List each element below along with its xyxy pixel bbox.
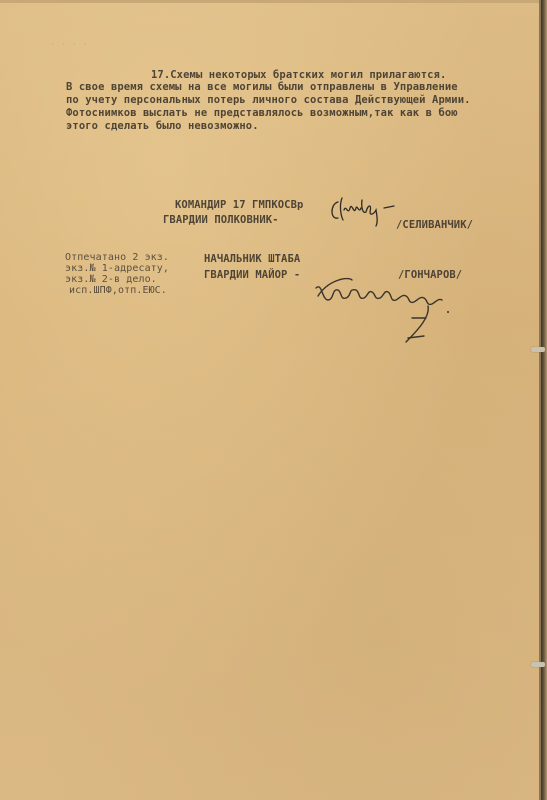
paragraph-line: В свое время схемы на все могилы были от… <box>66 82 458 93</box>
distribution-line: экз.№ 1-адресату, <box>65 264 169 275</box>
commander-title: КОМАНДИР 17 ГМПКОСВр <box>175 200 303 211</box>
commander-name: /СЕЛИВАНЧИК/ <box>396 220 473 231</box>
binding-edge <box>541 0 547 800</box>
commander-rank: ГВАРДИИ ПОЛКОВНИК- <box>163 215 279 226</box>
distribution-line: экз.№ 2-в дело. <box>65 275 157 286</box>
distribution-line: исп.ШПФ,отп.ЕЮС. <box>69 286 167 297</box>
chief-of-staff-title: НАЧАЛЬНИК ШТАБА <box>204 254 300 265</box>
signature-scribble-icon <box>326 190 406 230</box>
document-page: · · · · 17.Схемы некоторых братских моги… <box>0 0 547 800</box>
commander-handwritten-signature <box>326 190 406 230</box>
chief-of-staff-rank: ГВАРДИИ МАЙОР - <box>204 270 300 281</box>
distribution-line: Отпечатано 2 экз. <box>65 253 169 264</box>
paragraph-line: по учету персональных потерь личного сос… <box>66 95 471 106</box>
page-top-edge <box>0 0 547 3</box>
binder-clip-icon <box>531 662 545 667</box>
bleed-through-mark: · · · · <box>50 40 88 50</box>
paragraph-line: 17.Схемы некоторых братских могил прилаг… <box>151 70 446 81</box>
paragraph-line: этого сделать было невозможно. <box>66 121 259 132</box>
chief-of-staff-handwritten-signature <box>308 266 458 348</box>
signature-scribble-icon <box>308 266 458 348</box>
binder-clip-icon <box>531 347 545 352</box>
paragraph-line: Фотоснимков выслать не представлялось во… <box>66 108 458 119</box>
